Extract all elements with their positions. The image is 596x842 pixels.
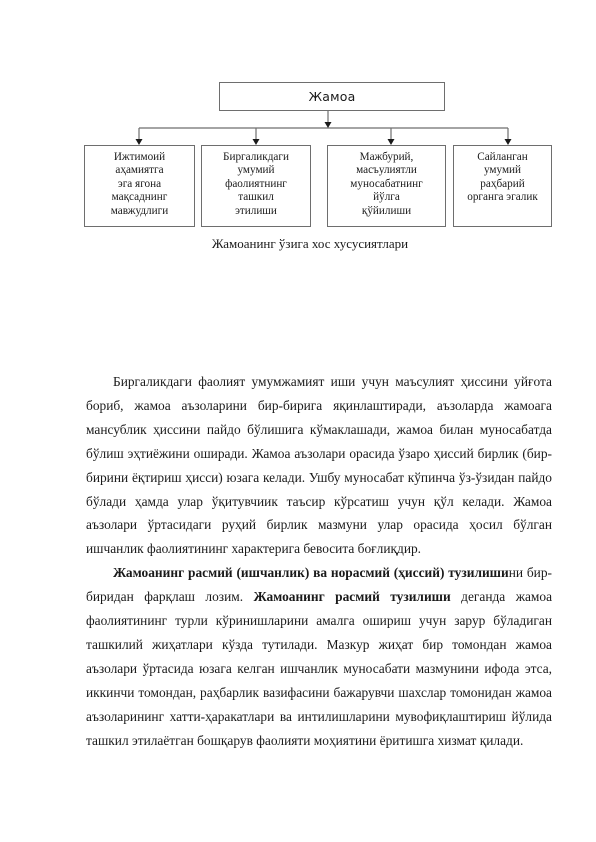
bold-term: Жамоанинг расмий тузилиши <box>254 589 451 604</box>
node-text-line: йўлга <box>350 191 422 204</box>
root-node: Жамоа <box>219 82 445 111</box>
structure-diagram: Жамоа Ижтимоийаҳамиятгаэга ягонамақсадни… <box>0 0 596 260</box>
node-text-line: Сайланган <box>467 151 538 164</box>
node-text-line: фаолиятнинг <box>223 178 289 191</box>
node-text-line: мавжудлиги <box>111 205 168 218</box>
node-text-line: аҳамиятга <box>111 164 168 177</box>
node-text-line: эга ягона <box>111 178 168 191</box>
child-node-social-goal: Ижтимоийаҳамиятгаэга ягонамақсаднингмавж… <box>84 145 195 227</box>
child-node-text: Мажбурий,масъулиятлимуносабатнингйўлгақў… <box>350 151 422 218</box>
node-text-line: қўйилиши <box>350 205 422 218</box>
node-text-line: этилиши <box>223 205 289 218</box>
node-text-line: органга эгалик <box>467 191 538 204</box>
node-text-line: ташкил <box>223 191 289 204</box>
child-node-text: Ижтимоийаҳамиятгаэга ягонамақсаднингмавж… <box>111 151 168 218</box>
paragraph: Биргаликдаги фаолият умумжамият иши учун… <box>86 370 552 561</box>
arrow-down-icon <box>325 122 332 128</box>
document-page: Жамоа Ижтимоийаҳамиятгаэга ягонамақсадни… <box>0 0 596 842</box>
node-text-line: Биргаликдаги <box>223 151 289 164</box>
body-text: Биргаликдаги фаолият умумжамият иши учун… <box>86 370 552 753</box>
node-text-line: Мажбурий, <box>350 151 422 164</box>
node-text-line: умумий <box>467 164 538 177</box>
node-text-line: масъулиятли <box>350 164 422 177</box>
diagram-caption: Жамоанинг ўзига хос хусусиятлари <box>0 236 596 252</box>
node-text-line: Ижтимоий <box>111 151 168 164</box>
child-node-elected-leadership: Сайланганумумийраҳбарийорганга эгалик <box>453 145 552 227</box>
node-text-line: мақсаднинг <box>111 191 168 204</box>
paragraph: Жамоанинг расмий (ишчанлик) ва норасмий … <box>86 561 552 752</box>
text-run: деганда жамоа фаолиятининг турли кўриниш… <box>86 589 552 747</box>
node-text-line: раҳбарий <box>467 178 538 191</box>
node-text-line: муносабатнинг <box>350 178 422 191</box>
node-text-line: умумий <box>223 164 289 177</box>
text-run: Биргаликдаги фаолият умумжамият иши учун… <box>86 374 552 556</box>
child-node-text: Сайланганумумийраҳбарийорганга эгалик <box>467 151 538 205</box>
child-node-joint-activity: Биргаликдагиумумийфаолиятнингташкилэтили… <box>201 145 311 227</box>
child-node-responsible-relations: Мажбурий,масъулиятлимуносабатнингйўлгақў… <box>327 145 446 227</box>
child-node-text: Биргаликдагиумумийфаолиятнингташкилэтили… <box>223 151 289 218</box>
root-node-label: Жамоа <box>309 89 356 104</box>
bold-term: Жамоанинг расмий (ишчанлик) ва норасмий … <box>113 565 509 580</box>
